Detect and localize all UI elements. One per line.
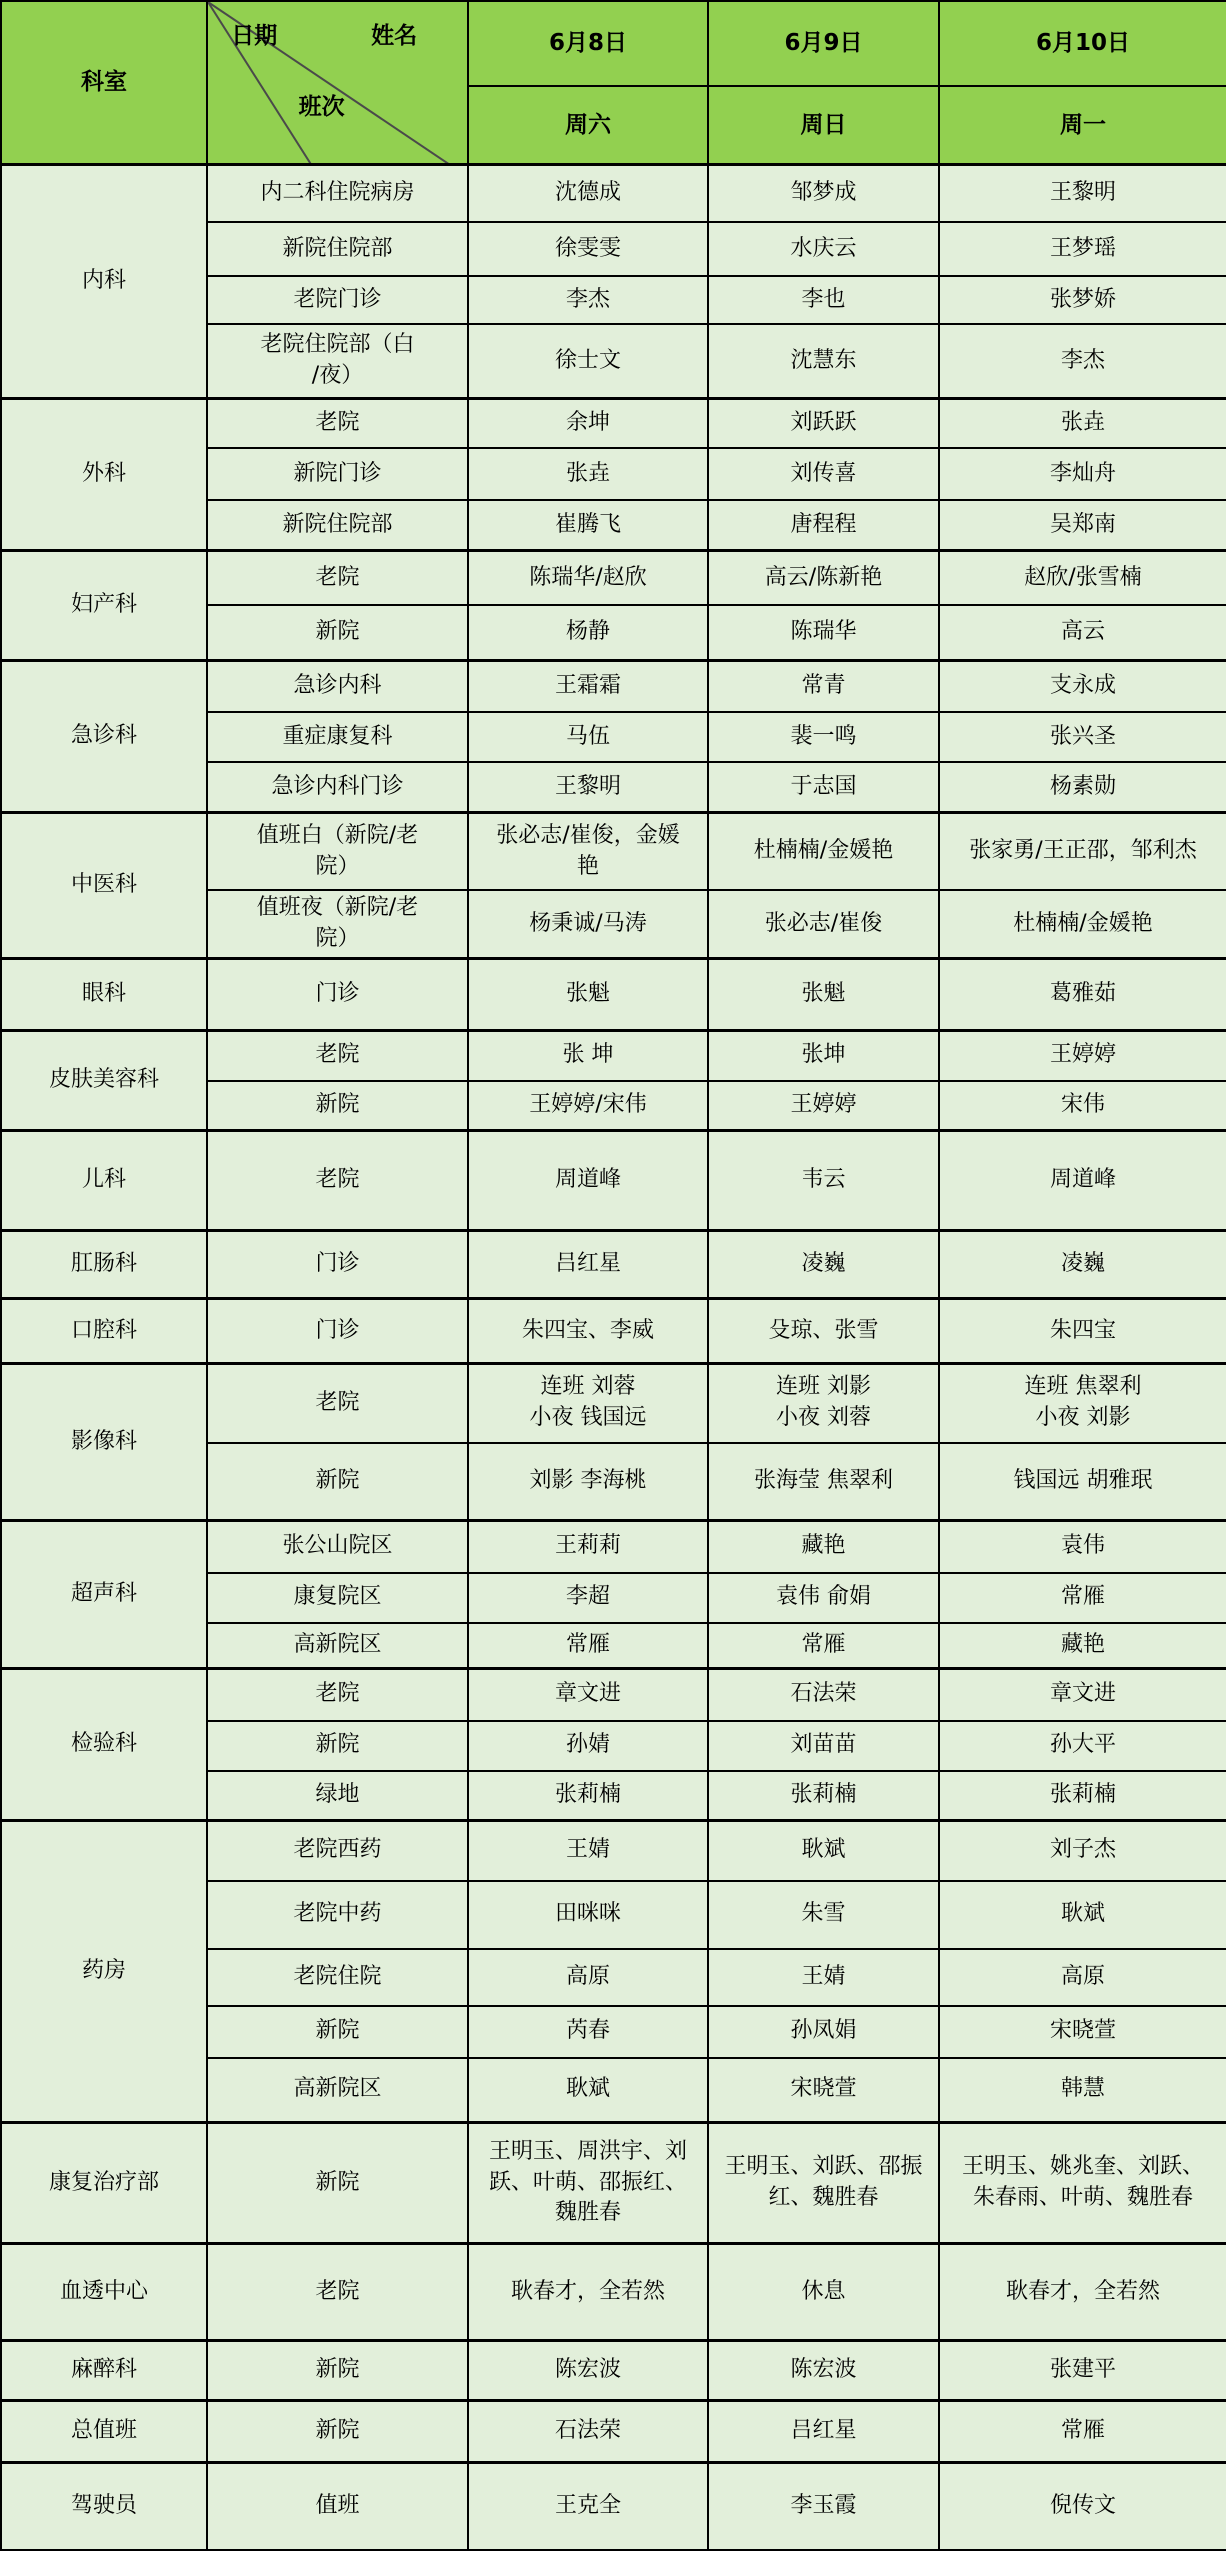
- schedule-row: 外科老院余坤刘跃跃张垚: [1, 398, 1226, 448]
- name-cell[interactable]: 李杰: [468, 276, 708, 324]
- date-header-sat[interactable]: 6月8日: [468, 1, 708, 86]
- name-cell[interactable]: 张必志/崔俊: [708, 890, 939, 958]
- department-cell[interactable]: 药房: [1, 1821, 207, 2123]
- name-cell[interactable]: 王莉莉: [468, 1521, 708, 1573]
- name-cell[interactable]: 孙凤娟: [708, 2006, 939, 2058]
- schedule-row: 药房老院西药王婧耿斌刘子杰: [1, 1821, 1226, 1881]
- department-cell[interactable]: 影像科: [1, 1364, 207, 1521]
- name-cell[interactable]: 张垚: [939, 398, 1226, 448]
- date-header-sun[interactable]: 6月9日: [708, 1, 939, 86]
- name-cell[interactable]: 吕红星: [708, 2401, 939, 2463]
- name-cell[interactable]: 常雁: [708, 1623, 939, 1669]
- name-cell[interactable]: 耿斌: [708, 1821, 939, 1881]
- schedule-row: 儿科老院周道峰韦云周道峰: [1, 1131, 1226, 1231]
- shift-cell[interactable]: 急诊内科: [207, 660, 468, 712]
- schedule-row: 急诊科急诊内科王霜霜常青支永成: [1, 660, 1226, 712]
- name-cell[interactable]: 张垚: [468, 448, 708, 500]
- name-cell[interactable]: 袁伟: [939, 1521, 1226, 1573]
- shift-cell[interactable]: 老院住院: [207, 1949, 468, 2006]
- department-cell[interactable]: 口腔科: [1, 1299, 207, 1364]
- name-cell[interactable]: 张莉楠: [708, 1771, 939, 1821]
- name-cell[interactable]: 李玉霞: [708, 2463, 939, 2550]
- department-cell[interactable]: 急诊科: [1, 660, 207, 812]
- name-cell[interactable]: 裴一鸣: [708, 712, 939, 762]
- name-cell[interactable]: 王婧: [708, 1949, 939, 2006]
- shift-cell[interactable]: 老院住院部（白 /夜）: [207, 324, 468, 398]
- schedule-row: 血透中心老院耿春才，全若然休息耿春才，全若然: [1, 2244, 1226, 2341]
- name-cell[interactable]: 吴郑南: [939, 500, 1226, 550]
- schedule-row: 康复治疗部新院王明玉、周洪宇、刘跃、叶萌、邵振红、魏胜春王明玉、刘跃、邵振红、魏…: [1, 2123, 1226, 2244]
- name-cell[interactable]: 王明玉、周洪宇、刘跃、叶萌、邵振红、魏胜春: [468, 2123, 708, 2244]
- name-cell[interactable]: 耿春才，全若然: [939, 2244, 1226, 2341]
- shift-cell[interactable]: 老院: [207, 2244, 468, 2341]
- shift-cell[interactable]: 老院: [207, 1131, 468, 1231]
- department-cell[interactable]: 检验科: [1, 1669, 207, 1821]
- name-cell[interactable]: 钱国远 胡雅珉: [939, 1443, 1226, 1521]
- shift-cell[interactable]: 急诊内科门诊: [207, 762, 468, 812]
- name-cell[interactable]: 石法荣: [708, 1669, 939, 1721]
- name-cell[interactable]: 张兴圣: [939, 712, 1226, 762]
- weekday-header-sun[interactable]: 周日: [708, 86, 939, 164]
- shift-cell[interactable]: 新院住院部: [207, 500, 468, 550]
- shift-cell[interactable]: 新院住院部: [207, 222, 468, 276]
- name-cell[interactable]: 杜楠楠/金媛艳: [708, 812, 939, 890]
- department-cell[interactable]: 儿科: [1, 1131, 207, 1231]
- shift-cell[interactable]: 新院: [207, 1081, 468, 1131]
- shift-cell[interactable]: 门诊: [207, 1299, 468, 1364]
- department-cell[interactable]: 超声科: [1, 1521, 207, 1669]
- department-cell[interactable]: 麻醉科: [1, 2341, 207, 2401]
- department-cell[interactable]: 康复治疗部: [1, 2123, 207, 2244]
- name-cell[interactable]: 芮春: [468, 2006, 708, 2058]
- name-cell[interactable]: 连班 刘蓉 小夜 钱国远: [468, 1364, 708, 1443]
- name-cell[interactable]: 袁伟 俞娟: [708, 1573, 939, 1623]
- name-cell[interactable]: 崔腾飞: [468, 500, 708, 550]
- name-cell[interactable]: 章文进: [468, 1669, 708, 1721]
- schedule-row: 影像科老院连班 刘蓉 小夜 钱国远连班 刘影 小夜 刘蓉连班 焦翠利 小夜 刘影: [1, 1364, 1226, 1443]
- shift-cell[interactable]: 张公山院区: [207, 1521, 468, 1573]
- name-cell[interactable]: 杨素勋: [939, 762, 1226, 812]
- name-cell[interactable]: 刘跃跃: [708, 398, 939, 448]
- shift-cell[interactable]: 新院: [207, 1443, 468, 1521]
- name-cell[interactable]: 唐程程: [708, 500, 939, 550]
- name-cell[interactable]: 高原: [939, 1949, 1226, 2006]
- weekday-header-sat[interactable]: 周六: [468, 86, 708, 164]
- name-cell[interactable]: 常雁: [468, 1623, 708, 1669]
- name-cell[interactable]: 张莉楠: [468, 1771, 708, 1821]
- weekday-header-mon[interactable]: 周一: [939, 86, 1226, 164]
- department-cell[interactable]: 眼科: [1, 959, 207, 1031]
- shift-cell[interactable]: 老院门诊: [207, 276, 468, 324]
- shift-cell[interactable]: 新院: [207, 605, 468, 660]
- name-cell[interactable]: 王婷婷: [939, 1031, 1226, 1081]
- shift-cell[interactable]: 门诊: [207, 1231, 468, 1299]
- name-cell[interactable]: 朱四宝、李威: [468, 1299, 708, 1364]
- shift-cell[interactable]: 老院西药: [207, 1821, 468, 1881]
- name-cell[interactable]: 张魁: [708, 959, 939, 1031]
- name-cell[interactable]: 刘影 李海桃: [468, 1443, 708, 1521]
- name-cell[interactable]: 王黎明: [468, 762, 708, 812]
- name-cell[interactable]: 刘传喜: [708, 448, 939, 500]
- name-cell[interactable]: 王婧: [468, 1821, 708, 1881]
- name-cell[interactable]: 张建平: [939, 2341, 1226, 2401]
- name-cell[interactable]: 李杰: [939, 324, 1226, 398]
- name-cell[interactable]: 陈宏波: [468, 2341, 708, 2401]
- department-cell[interactable]: 中医科: [1, 812, 207, 958]
- name-cell[interactable]: 殳琼、张雪: [708, 1299, 939, 1364]
- name-cell[interactable]: 王婷婷: [708, 1081, 939, 1131]
- name-cell[interactable]: 田咪咪: [468, 1881, 708, 1949]
- name-cell[interactable]: 高原: [468, 1949, 708, 2006]
- name-cell[interactable]: 倪传文: [939, 2463, 1226, 2550]
- shift-cell[interactable]: 重症康复科: [207, 712, 468, 762]
- shift-cell[interactable]: 值班夜（新院/老 院）: [207, 890, 468, 958]
- name-cell[interactable]: 连班 焦翠利 小夜 刘影: [939, 1364, 1226, 1443]
- shift-cell[interactable]: 新院: [207, 2006, 468, 2058]
- department-cell[interactable]: 妇产科: [1, 550, 207, 660]
- name-cell[interactable]: 王黎明: [939, 164, 1226, 222]
- department-cell[interactable]: 肛肠科: [1, 1231, 207, 1299]
- name-cell[interactable]: 高云: [939, 605, 1226, 660]
- name-cell[interactable]: 张 坤: [468, 1031, 708, 1081]
- schedule-row: 中医科值班白（新院/老 院）张必志/崔俊，金媛 艳杜楠楠/金媛艳张家勇/王正邵，…: [1, 812, 1226, 890]
- name-cell[interactable]: 韩慧: [939, 2058, 1226, 2123]
- shift-cell[interactable]: 高新院区: [207, 1623, 468, 1669]
- shift-cell[interactable]: 新院: [207, 2341, 468, 2401]
- name-cell[interactable]: 高云/陈新艳: [708, 550, 939, 605]
- schedule-row: 总值班新院石法荣吕红星常雁: [1, 2401, 1226, 2463]
- schedule-row: 口腔科门诊朱四宝、李威殳琼、张雪朱四宝: [1, 1299, 1226, 1364]
- name-cell[interactable]: 王梦瑶: [939, 222, 1226, 276]
- name-cell[interactable]: 陈宏波: [708, 2341, 939, 2401]
- name-cell[interactable]: 常青: [708, 660, 939, 712]
- name-cell[interactable]: 赵欣/张雪楠: [939, 550, 1226, 605]
- shift-cell[interactable]: 门诊: [207, 959, 468, 1031]
- name-cell[interactable]: 沈慧东: [708, 324, 939, 398]
- name-cell[interactable]: 葛雅茹: [939, 959, 1226, 1031]
- shift-cell[interactable]: 新院门诊: [207, 448, 468, 500]
- name-cell[interactable]: 耿斌: [468, 2058, 708, 2123]
- name-cell[interactable]: 张海莹 焦翠利: [708, 1443, 939, 1521]
- department-cell[interactable]: 血透中心: [1, 2244, 207, 2341]
- name-cell[interactable]: 韦云: [708, 1131, 939, 1231]
- shift-cell[interactable]: 值班白（新院/老 院）: [207, 812, 468, 890]
- shift-cell[interactable]: 老院: [207, 1669, 468, 1721]
- name-cell[interactable]: 张梦娇: [939, 276, 1226, 324]
- department-cell[interactable]: 总值班: [1, 2401, 207, 2463]
- schedule-row: 超声科张公山院区王莉莉藏艳袁伟: [1, 1521, 1226, 1573]
- name-cell[interactable]: 藏艳: [708, 1521, 939, 1573]
- name-cell[interactable]: 朱四宝: [939, 1299, 1226, 1364]
- name-cell[interactable]: 杨静: [468, 605, 708, 660]
- name-cell[interactable]: 孙婧: [468, 1721, 708, 1771]
- name-cell[interactable]: 陈瑞华/赵欣: [468, 550, 708, 605]
- shift-cell[interactable]: 新院: [207, 2123, 468, 2244]
- name-cell[interactable]: 周道峰: [468, 1131, 708, 1231]
- diagonal-date-label: 日期: [231, 20, 277, 52]
- diagonal-name-label: 姓名: [371, 20, 417, 52]
- name-cell[interactable]: 休息: [708, 2244, 939, 2341]
- shift-cell[interactable]: 老院中药: [207, 1881, 468, 1949]
- shift-cell[interactable]: 老院: [207, 398, 468, 448]
- name-cell[interactable]: 宋晓萱: [708, 2058, 939, 2123]
- name-cell[interactable]: 邹梦成: [708, 164, 939, 222]
- name-cell[interactable]: 王婷婷/宋伟: [468, 1081, 708, 1131]
- name-cell[interactable]: 徐雯雯: [468, 222, 708, 276]
- shift-cell[interactable]: 老院: [207, 550, 468, 605]
- shift-cell[interactable]: 康复院区: [207, 1573, 468, 1623]
- shift-cell[interactable]: 新院: [207, 2401, 468, 2463]
- diagonal-shift-label: 班次: [299, 91, 345, 123]
- duty-roster-sheet: 科室 日期 姓名 班次 6月8日 6月9日 6月10日 周六 周日 周一: [0, 0, 1226, 2551]
- schedule-row: 麻醉科新院陈宏波陈宏波张建平: [1, 2341, 1226, 2401]
- name-cell[interactable]: 宋伟: [939, 1081, 1226, 1131]
- diagonal-header-cell[interactable]: 日期 姓名 班次: [207, 1, 468, 164]
- name-cell[interactable]: 常雁: [939, 1573, 1226, 1623]
- name-cell[interactable]: 吕红星: [468, 1231, 708, 1299]
- schedule-row: 皮肤美容科老院张 坤张坤王婷婷: [1, 1031, 1226, 1081]
- shift-cell[interactable]: 绿地: [207, 1771, 468, 1821]
- name-cell[interactable]: 凌巍: [708, 1231, 939, 1299]
- name-cell[interactable]: 杨秉诚/马涛: [468, 890, 708, 958]
- department-cell[interactable]: 内科: [1, 164, 207, 398]
- name-cell[interactable]: 常雁: [939, 2401, 1226, 2463]
- schedule-row: 检验科老院章文进石法荣章文进: [1, 1669, 1226, 1721]
- name-cell[interactable]: 杜楠楠/金媛艳: [939, 890, 1226, 958]
- name-cell[interactable]: 章文进: [939, 1669, 1226, 1721]
- name-cell[interactable]: 张家勇/王正邵，邹利杰: [939, 812, 1226, 890]
- schedule-row: 驾驶员值班王克全李玉霞倪传文: [1, 2463, 1226, 2550]
- shift-cell[interactable]: 值班: [207, 2463, 468, 2550]
- name-cell[interactable]: 宋晓萱: [939, 2006, 1226, 2058]
- name-cell[interactable]: 于志国: [708, 762, 939, 812]
- department-cell[interactable]: 皮肤美容科: [1, 1031, 207, 1131]
- date-header-mon[interactable]: 6月10日: [939, 1, 1226, 86]
- name-cell[interactable]: 耿春才，全若然: [468, 2244, 708, 2341]
- name-cell[interactable]: 沈德成: [468, 164, 708, 222]
- name-cell[interactable]: 王克全: [468, 2463, 708, 2550]
- name-cell[interactable]: 刘子杰: [939, 1821, 1226, 1881]
- name-cell[interactable]: 藏艳: [939, 1623, 1226, 1669]
- shift-cell[interactable]: 高新院区: [207, 2058, 468, 2123]
- name-cell[interactable]: 余坤: [468, 398, 708, 448]
- name-cell[interactable]: 连班 刘影 小夜 刘蓉: [708, 1364, 939, 1443]
- name-cell[interactable]: 凌巍: [939, 1231, 1226, 1299]
- schedule-row: 妇产科老院陈瑞华/赵欣高云/陈新艳赵欣/张雪楠: [1, 550, 1226, 605]
- name-cell[interactable]: 支永成: [939, 660, 1226, 712]
- header-row-dates: 科室 日期 姓名 班次 6月8日 6月9日 6月10日: [1, 1, 1226, 86]
- name-cell[interactable]: 孙大平: [939, 1721, 1226, 1771]
- name-cell[interactable]: 张坤: [708, 1031, 939, 1081]
- name-cell[interactable]: 李灿舟: [939, 448, 1226, 500]
- department-cell[interactable]: 驾驶员: [1, 2463, 207, 2550]
- name-cell[interactable]: 周道峰: [939, 1131, 1226, 1231]
- duty-roster-table: 科室 日期 姓名 班次 6月8日 6月9日 6月10日 周六 周日 周一: [0, 0, 1226, 2551]
- name-cell[interactable]: 王明玉、姚兆奎、刘跃、朱春雨、叶萌、魏胜春: [939, 2123, 1226, 2244]
- name-cell[interactable]: 刘苗苗: [708, 1721, 939, 1771]
- shift-cell[interactable]: 新院: [207, 1721, 468, 1771]
- name-cell[interactable]: 王明玉、刘跃、邵振红、魏胜春: [708, 2123, 939, 2244]
- name-cell[interactable]: 张莉楠: [939, 1771, 1226, 1821]
- schedule-row: 内科内二科住院病房沈德成邹梦成王黎明: [1, 164, 1226, 222]
- shift-cell[interactable]: 老院: [207, 1364, 468, 1443]
- name-cell[interactable]: 王霜霜: [468, 660, 708, 712]
- name-cell[interactable]: 徐士文: [468, 324, 708, 398]
- name-cell[interactable]: 李超: [468, 1573, 708, 1623]
- name-cell[interactable]: 李也: [708, 276, 939, 324]
- name-cell[interactable]: 耿斌: [939, 1881, 1226, 1949]
- department-column-header[interactable]: 科室: [1, 1, 207, 164]
- name-cell[interactable]: 张必志/崔俊，金媛 艳: [468, 812, 708, 890]
- name-cell[interactable]: 朱雪: [708, 1881, 939, 1949]
- schedule-row: 眼科门诊张魁张魁葛雅茹: [1, 959, 1226, 1031]
- name-cell[interactable]: 水庆云: [708, 222, 939, 276]
- name-cell[interactable]: 陈瑞华: [708, 605, 939, 660]
- name-cell[interactable]: 石法荣: [468, 2401, 708, 2463]
- name-cell[interactable]: 张魁: [468, 959, 708, 1031]
- schedule-row: 肛肠科门诊吕红星凌巍凌巍: [1, 1231, 1226, 1299]
- department-cell[interactable]: 外科: [1, 398, 207, 550]
- shift-cell[interactable]: 老院: [207, 1031, 468, 1081]
- shift-cell[interactable]: 内二科住院病房: [207, 164, 468, 222]
- name-cell[interactable]: 马伍: [468, 712, 708, 762]
